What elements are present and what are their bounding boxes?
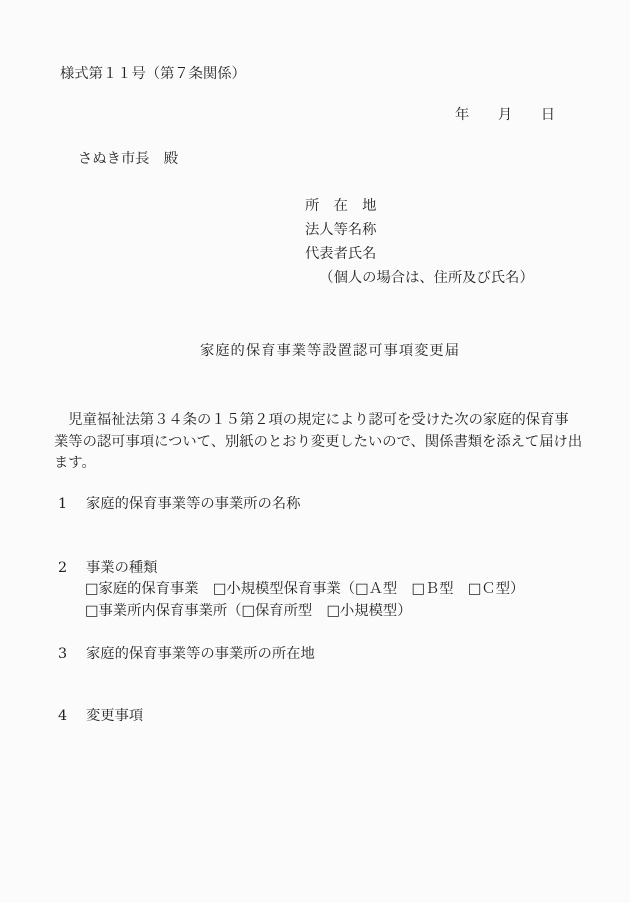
paren-open: （ [227,604,241,618]
item-label: 変更事項 [86,708,143,724]
date-line: 年 月 日 [455,108,555,122]
checkbox-label: Ａ型 [369,581,398,597]
checkbox-c-gata[interactable]: □Ｃ型 [468,582,510,596]
business-type-row-2: □事業所内保育事業所（□保育所型□小規模型） [85,604,411,618]
business-type-row-1: □家庭的保育事業□小規模型保育事業（□Ａ型□Ｂ型□Ｃ型） [85,582,524,596]
location-label: 所 在 地 [305,194,534,218]
item-4-changes: 4変更事項 [58,709,143,723]
item-3-office-location: 3家庭的保育事業等の事業所の所在地 [58,647,315,661]
body-line: ます。 [54,453,582,475]
applicant-block: 所 在 地 法人等名称 代表者氏名 （個人の場合は、住所及び氏名） [305,194,534,290]
checkbox-shokibo-gata[interactable]: □小規模型 [326,604,397,618]
corporate-name-label: 法人等名称 [305,218,534,242]
item-number: 1 [58,497,86,511]
item-number: 4 [58,709,86,723]
checkbox-square-icon: □ [326,603,340,619]
checkbox-square-icon: □ [468,581,482,597]
checkbox-label: Ｂ型 [425,581,454,597]
checkbox-label: 保育所型 [255,603,312,619]
individual-note: （個人の場合は、住所及び氏名） [305,266,534,290]
checkbox-label: 小規模型保育事業 [226,581,340,597]
checkbox-kateiteki-hoiku-jigyo[interactable]: □家庭的保育事業 [85,582,199,596]
body-line: 児童福祉法第３４条の１５第２項の規定により認可を受けた次の家庭的保育事 [54,410,582,432]
document-page: 様式第１１号（第７条関係） 年 月 日 さぬき市長 殿 所 在 地 法人等名称 … [0,0,630,903]
item-label: 家庭的保育事業等の事業所の所在地 [86,646,315,662]
item-number: 3 [58,647,86,661]
checkbox-square-icon: □ [85,581,99,597]
item-1-office-name: 1家庭的保育事業等の事業所の名称 [58,497,300,511]
checkbox-square-icon: □ [213,581,227,597]
item-2-business-type: 2事業の種類 [58,561,157,575]
checkbox-jigyoshonai-hoiku-jigyosho[interactable]: □事業所内保育事業所 [85,604,227,618]
representative-label: 代表者氏名 [305,242,534,266]
checkbox-hoikusho-gata[interactable]: □保育所型 [241,604,312,618]
body-paragraph: 児童福祉法第３４条の１５第２項の規定により認可を受けた次の家庭的保育事 業等の認… [54,410,582,475]
paren-close: ） [510,582,524,596]
checkbox-b-gata[interactable]: □Ｂ型 [411,582,453,596]
checkbox-label: Ｃ型 [481,581,510,597]
item-number: 2 [58,561,86,575]
item-label: 事業の種類 [86,560,157,576]
paren-open: （ [341,582,355,596]
item-label: 家庭的保育事業等の事業所の名称 [86,496,300,512]
checkbox-label: 小規模型 [340,603,397,619]
checkbox-square-icon: □ [85,603,99,619]
paren-close: ） [397,604,411,618]
checkbox-a-gata[interactable]: □Ａ型 [355,582,397,596]
checkbox-label: 家庭的保育事業 [99,581,199,597]
addressee: さぬき市長 殿 [78,152,178,166]
checkbox-label: 事業所内保育事業所 [99,603,228,619]
body-line: 業等の認可事項について、別紙のとおり変更したいので、関係書類を添えて届け出 [54,432,582,454]
form-number: 様式第１１号（第７条関係） [60,67,246,81]
checkbox-square-icon: □ [241,603,255,619]
checkbox-shokibo-gata-hoiku-jigyo[interactable]: □小規模型保育事業 [213,582,341,596]
checkbox-square-icon: □ [355,581,369,597]
checkbox-square-icon: □ [411,581,425,597]
document-title: 家庭的保育事業等設置認可事項変更届 [30,344,630,358]
